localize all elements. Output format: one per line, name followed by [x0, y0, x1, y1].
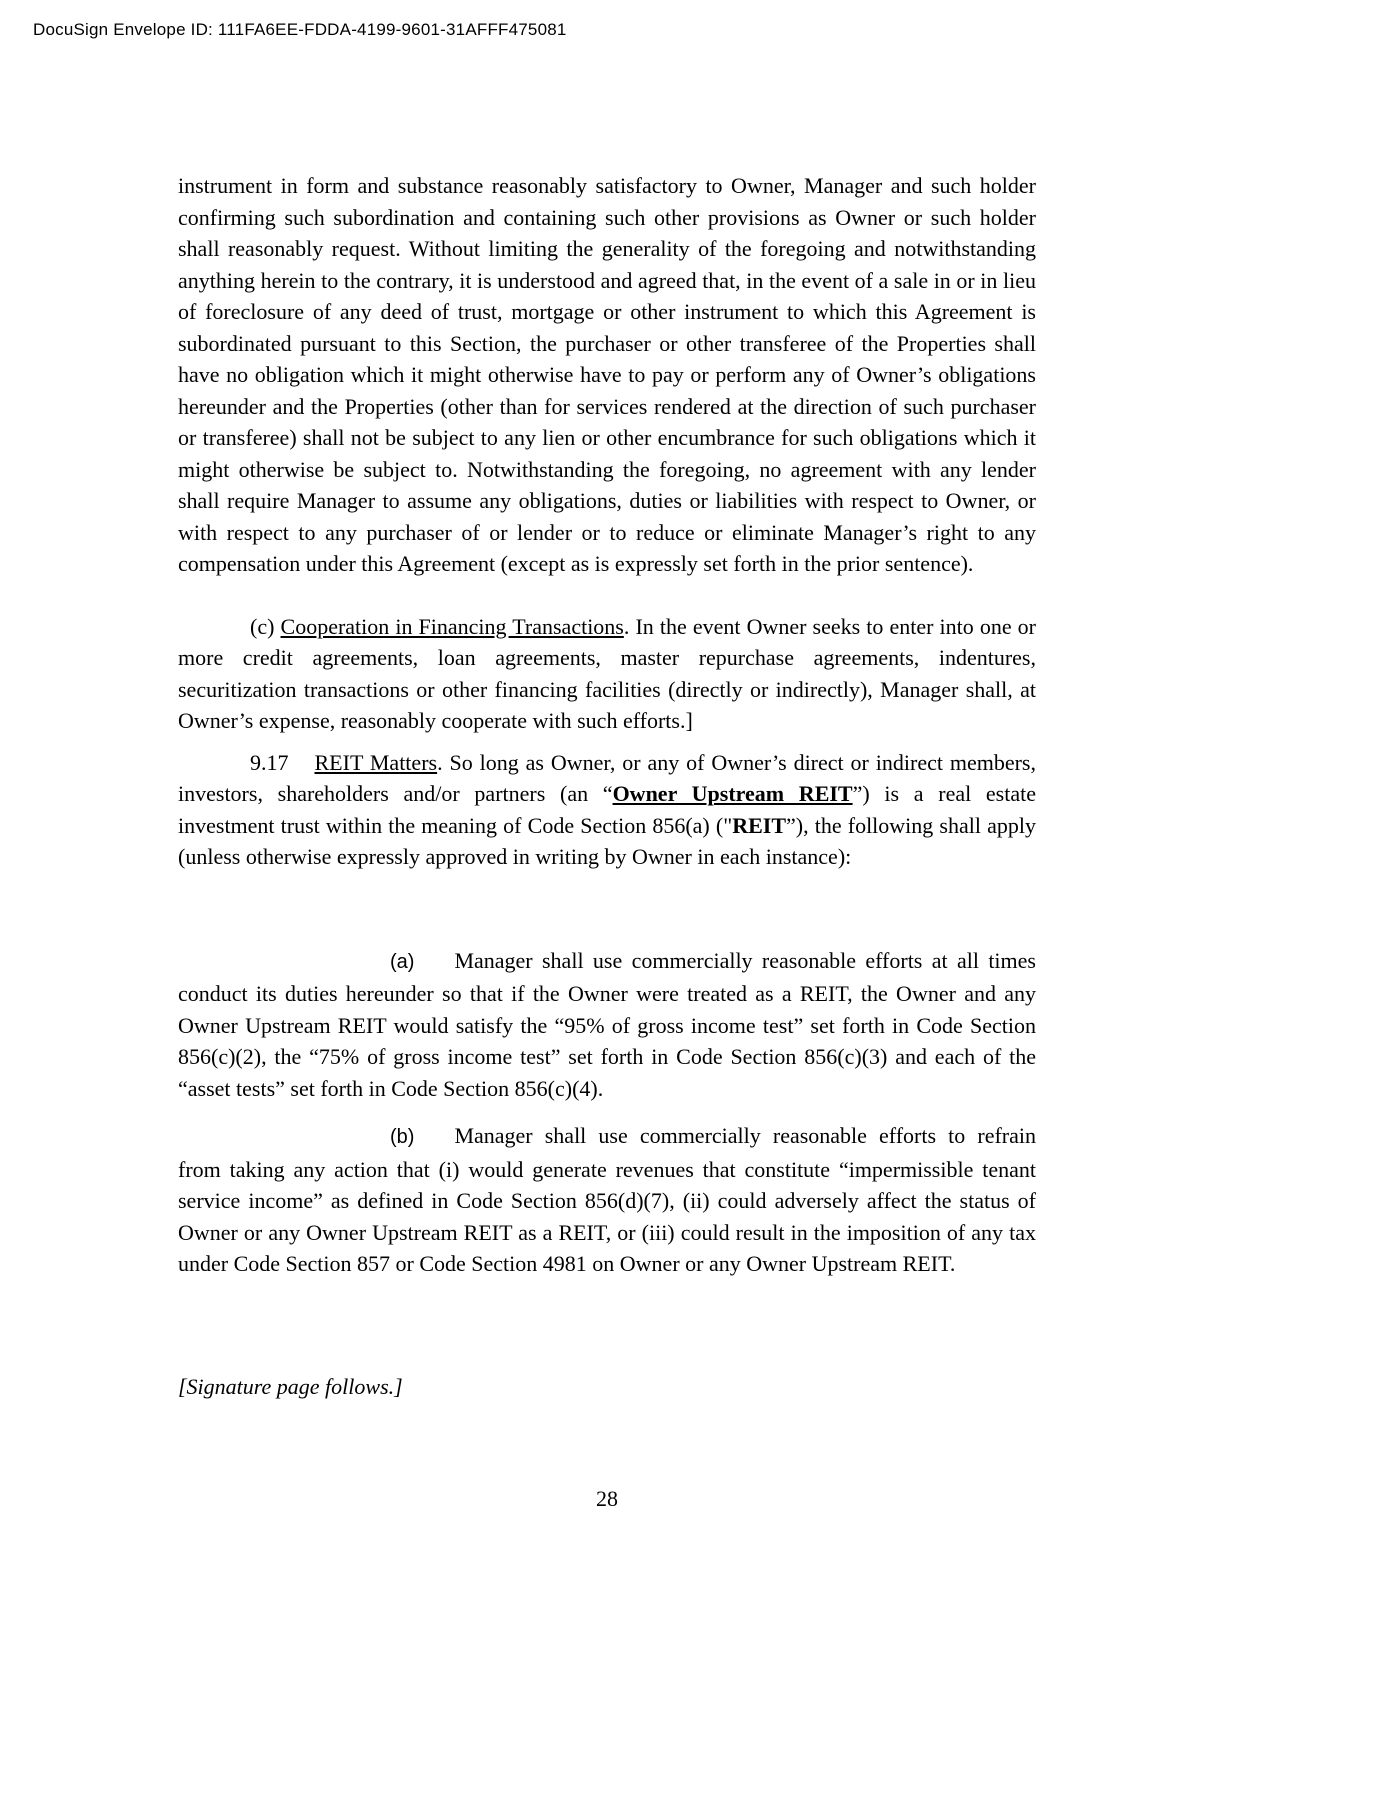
paragraph-subsection-a: (a)Manager shall use commercially reason…: [178, 945, 1036, 1105]
docusign-envelope-id: DocuSign Envelope ID: 111FA6EE-FDDA-4199…: [33, 20, 567, 40]
page-number: 28: [178, 1483, 1036, 1515]
clause-c-separator: .: [624, 614, 636, 639]
term-owner-upstream-reit: Owner Upstream REIT: [613, 781, 853, 806]
section-title: REIT Matters: [315, 750, 438, 775]
subsection-a-body: Manager shall use commercially reasonabl…: [178, 948, 1036, 1101]
subsection-b-label: (b): [390, 1126, 454, 1148]
signature-page-note: [Signature page follows.]: [178, 1371, 1036, 1403]
document-content: instrument in form and substance reasona…: [178, 170, 1036, 1515]
paragraph-subordination-continuation: instrument in form and substance reasona…: [178, 170, 1036, 580]
term-reit: REIT: [732, 813, 786, 838]
paragraph-cooperation-financing: (c) Cooperation in Financing Transaction…: [178, 611, 1036, 737]
section-separator: .: [437, 750, 449, 775]
paragraph-subsection-b: (b)Manager shall use commercially reason…: [178, 1120, 1036, 1280]
clause-c-title: Cooperation in Financing Transactions: [281, 614, 624, 639]
clause-c-label: (c): [250, 614, 281, 639]
subsection-b-body: Manager shall use commercially reasonabl…: [178, 1123, 1036, 1276]
subsection-a-label: (a): [390, 951, 454, 973]
section-number: 9.17: [250, 750, 315, 775]
paragraph-reit-matters: 9.17REIT Matters. So long as Owner, or a…: [178, 747, 1036, 873]
